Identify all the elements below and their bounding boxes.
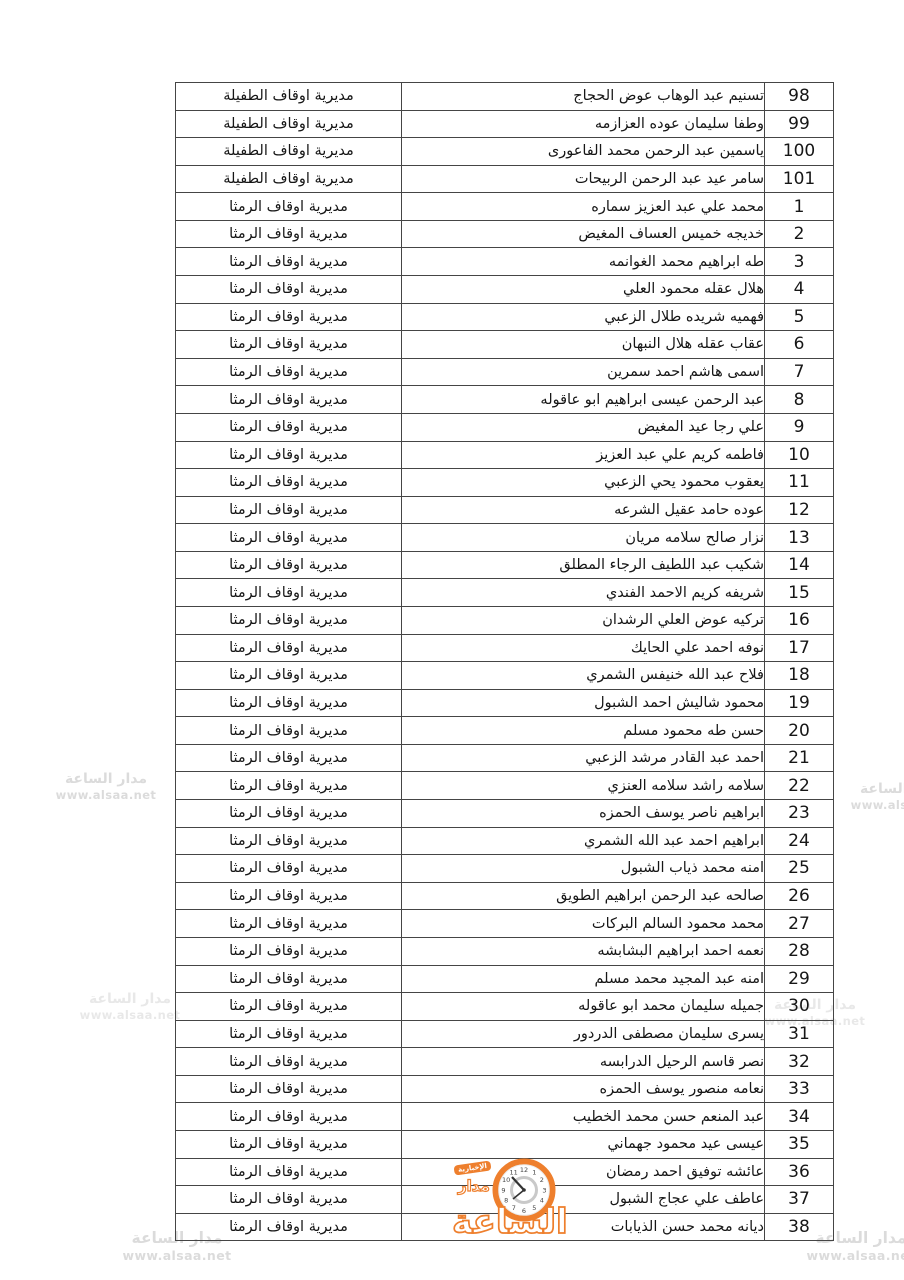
cell-name: تركيه عوض العلي الرشدان <box>402 606 765 634</box>
table-row: 23ابراهيم ناصر يوسف الحمزهمديرية اوقاف ا… <box>176 800 834 828</box>
cell-name: تسنيم عبد الوهاب عوض الحجاج <box>402 83 765 111</box>
cell-directorate: مديرية اوقاف الرمثا <box>176 910 402 938</box>
cell-number: 17 <box>765 634 834 662</box>
cell-number: 16 <box>765 606 834 634</box>
cell-number: 36 <box>765 1158 834 1186</box>
table-row: 25امنه محمد ذياب الشبولمديرية اوقاف الرم… <box>176 855 834 883</box>
cell-name: فلاح عبد الله خنيفس الشمري <box>402 662 765 690</box>
cell-number: 24 <box>765 827 834 855</box>
cell-number: 13 <box>765 524 834 552</box>
cell-directorate: مديرية اوقاف الرمثا <box>176 717 402 745</box>
cell-name: وطفا سليمان عوده العزازمه <box>402 110 765 138</box>
table-row: 9علي رجا عيد المغيضمديرية اوقاف الرمثا <box>176 413 834 441</box>
cell-number: 5 <box>765 303 834 331</box>
cell-directorate: مديرية اوقاف الرمثا <box>176 800 402 828</box>
cell-name: نزار صالح سلامه مريان <box>402 524 765 552</box>
cell-directorate: مديرية اوقاف الرمثا <box>176 1075 402 1103</box>
cell-directorate: مديرية اوقاف الرمثا <box>176 1213 402 1241</box>
table-row: 3طه ابراهيم محمد الغوانمهمديرية اوقاف ال… <box>176 248 834 276</box>
table-row: 24ابراهيم احمد عبد الله الشمريمديرية اوق… <box>176 827 834 855</box>
logo-word-main: الساعة <box>452 1202 568 1242</box>
cell-name: امنه محمد ذياب الشبول <box>402 855 765 883</box>
cell-number: 12 <box>765 496 834 524</box>
cell-name: عقاب عقله هلال النبهان <box>402 331 765 359</box>
table-row: 21احمد عبد القادر مرشد الزعبيمديرية اوقا… <box>176 744 834 772</box>
cell-name: شريفه كريم الاحمد الفندي <box>402 579 765 607</box>
cell-name: امنه عبد المجيد محمد مسلم <box>402 965 765 993</box>
cell-directorate: مديرية اوقاف الرمثا <box>176 303 402 331</box>
cell-number: 10 <box>765 441 834 469</box>
cell-name: ياسمين عبد الرحمن محمد الفاعورى <box>402 138 765 166</box>
watermark-left-mid: مدار الساعة www.alsaa.net <box>30 770 182 803</box>
table-row: 35عيسى عيد محمود جهمانيمديرية اوقاف الرم… <box>176 1130 834 1158</box>
cell-directorate: مديرية اوقاف الرمثا <box>176 551 402 579</box>
watermark-right-mid: مدار الساعة www.alsaa.net <box>826 780 904 813</box>
cell-directorate: مديرية اوقاف الرمثا <box>176 220 402 248</box>
cell-name: حسن طه محمود مسلم <box>402 717 765 745</box>
cell-name: علي رجا عيد المغيض <box>402 413 765 441</box>
table-row: 20حسن طه محمود مسلممديرية اوقاف الرمثا <box>176 717 834 745</box>
table-row: 10فاطمه كريم علي عبد العزيزمديرية اوقاف … <box>176 441 834 469</box>
table-row: 33نعامه منصور يوسف الحمزهمديرية اوقاف ال… <box>176 1075 834 1103</box>
roster-table-container: 98تسنيم عبد الوهاب عوض الحجاجمديرية اوقا… <box>175 82 834 1241</box>
cell-number: 9 <box>765 413 834 441</box>
cell-directorate: مديرية اوقاف الرمثا <box>176 386 402 414</box>
cell-directorate: مديرية اوقاف الطفيلة <box>176 138 402 166</box>
cell-number: 33 <box>765 1075 834 1103</box>
table-row: 32نصر قاسم الرحيل الدرابسهمديرية اوقاف ا… <box>176 1048 834 1076</box>
roster-table-body: 98تسنيم عبد الوهاب عوض الحجاجمديرية اوقا… <box>176 83 834 1241</box>
cell-directorate: مديرية اوقاف الرمثا <box>176 937 402 965</box>
cell-directorate: مديرية اوقاف الرمثا <box>176 855 402 883</box>
cell-name: نعمه احمد ابراهيم البشابشه <box>402 937 765 965</box>
cell-directorate: مديرية اوقاف الرمثا <box>176 358 402 386</box>
cell-number: 31 <box>765 1020 834 1048</box>
cell-name: شكيب عبد اللطيف الرجاء المطلق <box>402 551 765 579</box>
clock-number: 3 <box>542 1186 546 1194</box>
cell-directorate: مديرية اوقاف الطفيلة <box>176 165 402 193</box>
cell-directorate: مديرية اوقاف الطفيلة <box>176 83 402 111</box>
cell-directorate: مديرية اوقاف الطفيلة <box>176 110 402 138</box>
clock-number: 11 <box>510 1169 518 1177</box>
cell-number: 22 <box>765 772 834 800</box>
cell-name: نعامه منصور يوسف الحمزه <box>402 1075 765 1103</box>
cell-number: 29 <box>765 965 834 993</box>
cell-directorate: مديرية اوقاف الرمثا <box>176 579 402 607</box>
table-row: 101سامر عيد عبد الرحمن الربيحاتمديرية او… <box>176 165 834 193</box>
cell-directorate: مديرية اوقاف الرمثا <box>176 882 402 910</box>
table-row: 4هلال عقله محمود العليمديرية اوقاف الرمث… <box>176 276 834 304</box>
cell-directorate: مديرية اوقاف الرمثا <box>176 662 402 690</box>
cell-directorate: مديرية اوقاف الرمثا <box>176 1186 402 1214</box>
cell-directorate: مديرية اوقاف الرمثا <box>176 1048 402 1076</box>
cell-name: فهميه شريده طلال الزعبي <box>402 303 765 331</box>
cell-directorate: مديرية اوقاف الرمثا <box>176 276 402 304</box>
table-row: 100ياسمين عبد الرحمن محمد الفاعورىمديرية… <box>176 138 834 166</box>
table-row: 29امنه عبد المجيد محمد مسلممديرية اوقاف … <box>176 965 834 993</box>
cell-directorate: مديرية اوقاف الرمثا <box>176 965 402 993</box>
cell-directorate: مديرية اوقاف الرمثا <box>176 524 402 552</box>
watermark-url-text: www.alsaa.net <box>826 798 904 813</box>
cell-directorate: مديرية اوقاف الرمثا <box>176 331 402 359</box>
table-row: 14شكيب عبد اللطيف الرجاء المطلقمديرية او… <box>176 551 834 579</box>
cell-number: 11 <box>765 469 834 497</box>
cell-number: 20 <box>765 717 834 745</box>
cell-directorate: مديرية اوقاف الرمثا <box>176 606 402 634</box>
cell-directorate: مديرية اوقاف الرمثا <box>176 1020 402 1048</box>
table-row: 16تركيه عوض العلي الرشدانمديرية اوقاف ال… <box>176 606 834 634</box>
cell-number: 98 <box>765 83 834 111</box>
table-row: 19محمود شاليش احمد الشبولمديرية اوقاف ال… <box>176 689 834 717</box>
cell-directorate: مديرية اوقاف الرمثا <box>176 496 402 524</box>
table-row: 8عبد الرحمن عيسى ابراهيم ابو عاقولهمديري… <box>176 386 834 414</box>
table-row: 26صالحه عبد الرحمن ابراهيم الطويقمديرية … <box>176 882 834 910</box>
cell-number: 25 <box>765 855 834 883</box>
cell-number: 99 <box>765 110 834 138</box>
clock-number: 2 <box>540 1176 544 1184</box>
cell-number: 2 <box>765 220 834 248</box>
table-row: 15شريفه كريم الاحمد الفنديمديرية اوقاف ا… <box>176 579 834 607</box>
cell-directorate: مديرية اوقاف الرمثا <box>176 248 402 276</box>
table-row: 11يعقوب محمود يحي الزعبيمديرية اوقاف الر… <box>176 469 834 497</box>
cell-name: يسرى سليمان مصطفى الدردور <box>402 1020 765 1048</box>
logo-word-top: مدار <box>458 1177 490 1195</box>
cell-directorate: مديرية اوقاف الرمثا <box>176 469 402 497</box>
table-row: 22سلامه راشد سلامه العنزيمديرية اوقاف ال… <box>176 772 834 800</box>
table-row: 31يسرى سليمان مصطفى الدردورمديرية اوقاف … <box>176 1020 834 1048</box>
watermark-url-text: www.alsaa.net <box>30 788 182 803</box>
cell-directorate: مديرية اوقاف الرمثا <box>176 827 402 855</box>
cell-name: جميله سليمان محمد ابو عاقوله <box>402 993 765 1021</box>
cell-number: 34 <box>765 1103 834 1131</box>
cell-directorate: مديرية اوقاف الرمثا <box>176 634 402 662</box>
clock-number: 1 <box>532 1169 536 1177</box>
cell-name: عيسى عيد محمود جهماني <box>402 1130 765 1158</box>
cell-directorate: مديرية اوقاف الرمثا <box>176 993 402 1021</box>
table-row: 6عقاب عقله هلال النبهانمديرية اوقاف الرم… <box>176 331 834 359</box>
clock-number: 9 <box>501 1186 505 1194</box>
clock-number: 10 <box>502 1176 510 1184</box>
table-row: 13نزار صالح سلامه مريانمديرية اوقاف الرم… <box>176 524 834 552</box>
cell-number: 23 <box>765 800 834 828</box>
cell-name: سامر عيد عبد الرحمن الربيحات <box>402 165 765 193</box>
cell-number: 3 <box>765 248 834 276</box>
cell-number: 32 <box>765 1048 834 1076</box>
cell-number: 8 <box>765 386 834 414</box>
clock-number: 12 <box>520 1166 528 1174</box>
cell-directorate: مديرية اوقاف الرمثا <box>176 1130 402 1158</box>
cell-number: 18 <box>765 662 834 690</box>
cell-directorate: مديرية اوقاف الرمثا <box>176 441 402 469</box>
cell-number: 1 <box>765 193 834 221</box>
table-row: 12عوده حامد عقيل الشرعهمديرية اوقاف الرم… <box>176 496 834 524</box>
cell-name: صالحه عبد الرحمن ابراهيم الطويق <box>402 882 765 910</box>
cell-name: ابراهيم احمد عبد الله الشمري <box>402 827 765 855</box>
cell-number: 4 <box>765 276 834 304</box>
table-row: 2خديجه خميس العساف المغيضمديرية اوقاف ال… <box>176 220 834 248</box>
table-row: 5فهميه شريده طلال الزعبيمديرية اوقاف الر… <box>176 303 834 331</box>
cell-directorate: مديرية اوقاف الرمثا <box>176 689 402 717</box>
cell-number: 28 <box>765 937 834 965</box>
cell-directorate: مديرية اوقاف الرمثا <box>176 413 402 441</box>
logo-badge-label: الإخبارية <box>453 1160 491 1175</box>
cell-number: 6 <box>765 331 834 359</box>
cell-number: 101 <box>765 165 834 193</box>
cell-number: 14 <box>765 551 834 579</box>
cell-directorate: مديرية اوقاف الرمثا <box>176 1158 402 1186</box>
cell-name: عبد الرحمن عيسى ابراهيم ابو عاقوله <box>402 386 765 414</box>
watermark-url-text: www.alsaa.net <box>786 1248 904 1264</box>
cell-number: 30 <box>765 993 834 1021</box>
table-row: 98تسنيم عبد الوهاب عوض الحجاجمديرية اوقا… <box>176 83 834 111</box>
table-row: 7اسمى هاشم احمد سمرينمديرية اوقاف الرمثا <box>176 358 834 386</box>
cell-directorate: مديرية اوقاف الرمثا <box>176 744 402 772</box>
cell-name: طه ابراهيم محمد الغوانمه <box>402 248 765 276</box>
table-row: 17نوفه احمد علي الحايكمديرية اوقاف الرمث… <box>176 634 834 662</box>
cell-name: نصر قاسم الرحيل الدرابسه <box>402 1048 765 1076</box>
roster-table: 98تسنيم عبد الوهاب عوض الحجاجمديرية اوقا… <box>175 82 834 1241</box>
cell-number: 19 <box>765 689 834 717</box>
cell-name: يعقوب محمود يحي الزعبي <box>402 469 765 497</box>
cell-name: فاطمه كريم علي عبد العزيز <box>402 441 765 469</box>
site-logo: الإخبارية مدار 121234567891011 الساعة <box>452 1156 597 1256</box>
cell-number: 35 <box>765 1130 834 1158</box>
watermark-url-text: www.alsaa.net <box>112 1248 242 1264</box>
table-row: 30جميله سليمان محمد ابو عاقولهمديرية اوق… <box>176 993 834 1021</box>
cell-name: محمود شاليش احمد الشبول <box>402 689 765 717</box>
cell-number: 15 <box>765 579 834 607</box>
cell-directorate: مديرية اوقاف الرمثا <box>176 772 402 800</box>
cell-name: ابراهيم ناصر يوسف الحمزه <box>402 800 765 828</box>
watermark-brand-text: مدار الساعة <box>30 770 182 788</box>
cell-name: اسمى هاشم احمد سمرين <box>402 358 765 386</box>
cell-number: 38 <box>765 1213 834 1241</box>
cell-name: عبد المنعم حسن محمد الخطيب <box>402 1103 765 1131</box>
table-row: 1محمد علي عبد العزيز سمارهمديرية اوقاف ا… <box>176 193 834 221</box>
cell-number: 37 <box>765 1186 834 1214</box>
table-row: 18فلاح عبد الله خنيفس الشمريمديرية اوقاف… <box>176 662 834 690</box>
cell-name: عوده حامد عقيل الشرعه <box>402 496 765 524</box>
cell-name: نوفه احمد علي الحايك <box>402 634 765 662</box>
table-row: 99وطفا سليمان عوده العزازمهمديرية اوقاف … <box>176 110 834 138</box>
cell-directorate: مديرية اوقاف الرمثا <box>176 193 402 221</box>
cell-name: محمد علي عبد العزيز سماره <box>402 193 765 221</box>
cell-name: احمد عبد القادر مرشد الزعبي <box>402 744 765 772</box>
cell-name: خديجه خميس العساف المغيض <box>402 220 765 248</box>
table-row: 34عبد المنعم حسن محمد الخطيبمديرية اوقاف… <box>176 1103 834 1131</box>
cell-number: 7 <box>765 358 834 386</box>
cell-number: 26 <box>765 882 834 910</box>
table-row: 27محمد محمود السالم البركاتمديرية اوقاف … <box>176 910 834 938</box>
cell-directorate: مديرية اوقاف الرمثا <box>176 1103 402 1131</box>
table-row: 28نعمه احمد ابراهيم البشابشهمديرية اوقاف… <box>176 937 834 965</box>
cell-name: سلامه راشد سلامه العنزي <box>402 772 765 800</box>
cell-number: 21 <box>765 744 834 772</box>
watermark-brand-text: مدار الساعة <box>826 780 904 798</box>
cell-number: 100 <box>765 138 834 166</box>
cell-name: محمد محمود السالم البركات <box>402 910 765 938</box>
cell-number: 27 <box>765 910 834 938</box>
cell-name: هلال عقله محمود العلي <box>402 276 765 304</box>
